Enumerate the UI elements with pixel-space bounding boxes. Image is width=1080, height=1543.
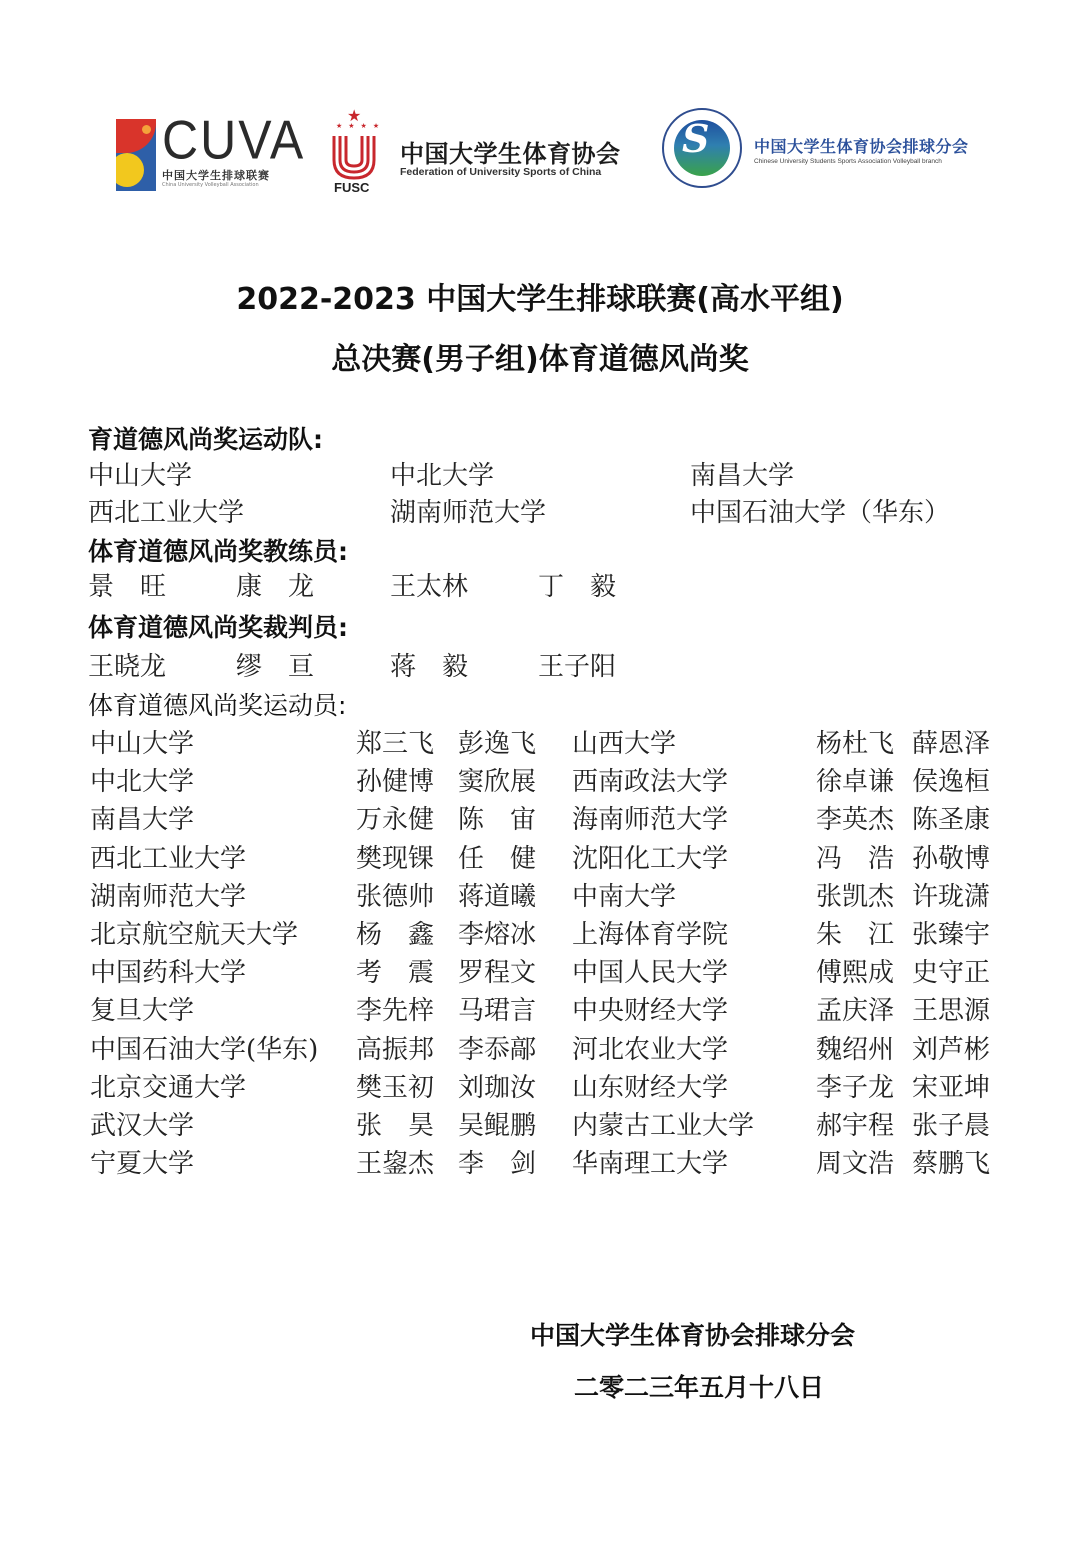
athlete-name: 张臻宇	[912, 914, 990, 951]
athlete-name: 宋亚坤	[912, 1067, 990, 1104]
athlete-name: 魏绍州	[816, 1029, 894, 1066]
document-title-line1: 2022-2023 中国大学生排球联赛(高水平组)	[0, 274, 1080, 318]
athlete-name: 杨杜飞	[816, 723, 894, 760]
team-name: 西北工业大学	[88, 492, 244, 529]
fusc-u-emblem-icon	[332, 134, 376, 180]
athlete-school: 武汉大学	[90, 1105, 194, 1142]
athlete-name: 徐卓谦	[816, 761, 894, 798]
athlete-name: 吴鲲鹏	[458, 1105, 536, 1142]
cuva-logo: CUVA 中国大学生排球联赛 China University Volleyba…	[116, 117, 276, 193]
athlete-school: 中国人民大学	[572, 952, 728, 989]
athlete-name: 王鋆杰	[356, 1143, 434, 1180]
athlete-name: 蔡鹏飞	[912, 1143, 990, 1180]
athlete-school: 海南师范大学	[572, 799, 728, 836]
athlete-school: 上海体育学院	[572, 914, 728, 951]
athlete-name: 张子晨	[912, 1105, 990, 1142]
athlete-name: 许珑潇	[912, 876, 990, 913]
coach-name: 王太林	[390, 566, 468, 603]
issue-date: 二零二三年五月十八日	[574, 1368, 824, 1404]
referee-name: 王晓龙	[88, 646, 166, 683]
athlete-name: 张 昊	[356, 1105, 434, 1142]
athlete-name: 万永健	[356, 799, 434, 836]
athlete-name: 傅熙成	[816, 952, 894, 989]
athlete-name: 王思源	[912, 990, 990, 1027]
athlete-name: 罗程文	[458, 952, 536, 989]
athlete-name: 郝宇程	[816, 1105, 894, 1142]
athlete-name: 刘珈汝	[458, 1067, 536, 1104]
athlete-school: 内蒙古工业大学	[572, 1105, 754, 1142]
volleyball-branch-emblem-icon: S	[662, 108, 742, 188]
referees-heading: 体育道德风尚奖裁判员:	[88, 608, 348, 644]
athlete-name: 李英杰	[816, 799, 894, 836]
athlete-school: 湖南师范大学	[90, 876, 246, 913]
athlete-name: 周文浩	[816, 1143, 894, 1180]
athlete-name: 陈 宙	[458, 799, 536, 836]
team-name: 中国石油大学（华东）	[690, 492, 950, 529]
referee-name: 蒋 毅	[390, 646, 468, 683]
athlete-school: 北京交通大学	[90, 1067, 246, 1104]
athlete-school: 山西大学	[572, 723, 676, 760]
athlete-name: 郑三飞	[356, 723, 434, 760]
cuva-en-name: China University Volleyball Association	[162, 182, 259, 188]
athlete-name: 樊玉初	[356, 1067, 434, 1104]
fusc-logo: ★ ★★★★ FUSC 中国大学生体育协会 Federation of Univ…	[330, 108, 630, 198]
volleyball-branch-logo: S 中国大学生体育协会排球分会 Chinese University Stude…	[662, 108, 982, 192]
cuva-emblem-icon	[116, 119, 156, 191]
fusc-en-name: Federation of University Sports of China	[400, 166, 601, 178]
athlete-name: 朱 江	[816, 914, 894, 951]
cuva-wordmark: CUVA	[162, 108, 305, 172]
athlete-school: 南昌大学	[90, 799, 194, 836]
athlete-name: 陈圣康	[912, 799, 990, 836]
athlete-school: 中山大学	[90, 723, 194, 760]
athlete-name: 刘芦彬	[912, 1029, 990, 1066]
athlete-school: 中央财经大学	[572, 990, 728, 1027]
issuer-name: 中国大学生体育协会排球分会	[530, 1316, 855, 1352]
athlete-name: 蒋道曦	[458, 876, 536, 913]
referee-name: 缪 亘	[236, 646, 314, 683]
athlete-school: 复旦大学	[90, 990, 194, 1027]
volleyball-branch-en-name: Chinese University Students Sports Assoc…	[754, 158, 942, 165]
athlete-name: 史守正	[912, 952, 990, 989]
team-name: 中北大学	[390, 455, 494, 492]
athlete-school: 中南大学	[572, 876, 676, 913]
athlete-name: 李 剑	[458, 1143, 536, 1180]
coach-name: 景 旺	[88, 566, 166, 603]
athlete-name: 孙敬博	[912, 838, 990, 875]
athlete-school: 华南理工大学	[572, 1143, 728, 1180]
athlete-school: 中国石油大学(华东)	[90, 1029, 318, 1066]
teams-heading: 育道德风尚奖运动队:	[88, 420, 323, 456]
team-name: 湖南师范大学	[390, 492, 546, 529]
athlete-name: 张凯杰	[816, 876, 894, 913]
athlete-name: 孟庆泽	[816, 990, 894, 1027]
athlete-name: 张德帅	[356, 876, 434, 913]
athlete-name: 薛恩泽	[912, 723, 990, 760]
athlete-school: 中北大学	[90, 761, 194, 798]
athletes-heading: 体育道德风尚奖运动员:	[88, 686, 346, 722]
athlete-name: 冯 浩	[816, 838, 894, 875]
coaches-heading: 体育道德风尚奖教练员:	[88, 532, 348, 568]
athlete-name: 侯逸桓	[912, 761, 990, 798]
team-name: 中山大学	[88, 455, 192, 492]
athlete-name: 杨 鑫	[356, 914, 434, 951]
document-title-line2: 总决赛(男子组)体育道德风尚奖	[0, 334, 1080, 378]
athlete-school: 山东财经大学	[572, 1067, 728, 1104]
cuva-cn-name: 中国大学生排球联赛	[162, 167, 270, 183]
athlete-school: 宁夏大学	[90, 1143, 194, 1180]
team-name: 南昌大学	[690, 455, 794, 492]
coach-name: 丁 毅	[538, 566, 616, 603]
athlete-school: 西北工业大学	[90, 838, 246, 875]
athlete-name: 孙健博	[356, 761, 434, 798]
athlete-name: 李忝鄗	[458, 1029, 536, 1066]
coach-name: 康 龙	[236, 566, 314, 603]
athlete-name: 李子龙	[816, 1067, 894, 1104]
athlete-school: 北京航空航天大学	[90, 914, 298, 951]
athlete-name: 高振邦	[356, 1029, 434, 1066]
fusc-cn-name: 中国大学生体育协会	[400, 134, 621, 169]
athlete-name: 考 震	[356, 952, 434, 989]
athlete-name: 李熔冰	[458, 914, 536, 951]
fusc-abbr: FUSC	[334, 180, 369, 195]
athlete-school: 河北农业大学	[572, 1029, 728, 1066]
athlete-school: 沈阳化工大学	[572, 838, 728, 875]
small-stars-icon: ★★★★	[336, 122, 385, 130]
athlete-name: 窦欣展	[458, 761, 536, 798]
athlete-name: 马珺言	[458, 990, 536, 1027]
athlete-name: 李先梓	[356, 990, 434, 1027]
athlete-school: 中国药科大学	[90, 952, 246, 989]
athlete-school: 西南政法大学	[572, 761, 728, 798]
referee-name: 王子阳	[538, 646, 616, 683]
athlete-name: 彭逸飞	[458, 723, 536, 760]
volleyball-branch-cn-name: 中国大学生体育协会排球分会	[754, 134, 969, 157]
athlete-name: 任 健	[458, 838, 536, 875]
athlete-name: 樊现锞	[356, 838, 434, 875]
